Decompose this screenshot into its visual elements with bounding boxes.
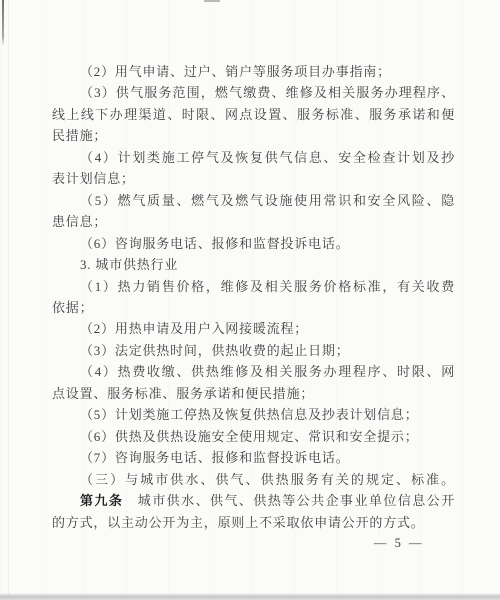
document-line: 依据；	[52, 297, 455, 318]
document-line: （3）法定供热时间，供热收费的起止日期；	[52, 340, 455, 361]
line-text: 民措施；	[52, 128, 107, 143]
document-line: 线上线下办理渠道、时限、网点设置、服务标准、服务承诺和便	[52, 104, 455, 125]
document-line: （三）与城市供水、供气、供热服务有关的规定、标准。	[52, 469, 455, 490]
line-text: 表计划信息；	[52, 171, 135, 186]
line-text: （2）用热申请及用户入网接暖流程；	[80, 321, 308, 336]
line-text: 依据；	[52, 300, 93, 315]
document-line: （1）热力销售价格，维修及相关服务价格标准，有关收费	[52, 276, 455, 297]
article-heading: 第九条	[80, 493, 123, 508]
line-text: （1）热力销售价格，维修及相关服务价格标准，有关收费	[80, 279, 455, 294]
line-text: （3）供气服务范围，燃气缴费、维修及相关服务办理程序、	[80, 85, 455, 100]
line-text: （6）咨询服务电话、报修和监督投诉电话。	[80, 236, 350, 251]
document-line: 的方式，以主动公开为主，原则上不采取依申请公开的方式。	[52, 512, 455, 533]
line-text: （7）咨询服务电话、报修和监督投诉电话。	[80, 450, 350, 465]
document-line: （5）燃气质量、燃气及燃气设施使用常识和安全风险、隐	[52, 190, 455, 211]
document-body: （2）用气申请、过户、销户等服务项目办事指南；（3）供气服务范围，燃气缴费、维修…	[52, 61, 455, 533]
document-line: 患信息；	[52, 211, 455, 232]
line-text: （4）热费收缴、供热维修及相关服务办理程序、时限、网	[80, 364, 455, 379]
line-text: （4）计划类施工停气及恢复供气信息、安全检查计划及抄	[80, 150, 455, 165]
document-line: 表计划信息；	[52, 168, 455, 189]
line-text: （6）供热及供热设施安全使用规定、常识和安全提示；	[80, 429, 419, 444]
page-number: — 5 —	[0, 536, 500, 551]
scan-edge-artifact-left	[2, 0, 4, 46]
document-line: （7）咨询服务电话、报修和监督投诉电话。	[52, 447, 455, 468]
line-text: （5）计划类施工停热及恢复供热信息及抄表计划信息；	[80, 407, 419, 422]
line-text: （2）用气申请、过户、销户等服务项目办事指南；	[80, 64, 391, 79]
line-text: （3）法定供热时间，供热收费的起止日期；	[80, 343, 350, 358]
line-text: 点设置、服务标准、服务承诺和便民措施；	[52, 386, 314, 401]
document-line: 第九条 城市供水、供气、供热等公共企事业单位信息公开	[52, 490, 455, 511]
document-line: （6）咨询服务电话、报修和监督投诉电话。	[52, 233, 455, 254]
document-line: （4）热费收缴、供热维修及相关服务办理程序、时限、网	[52, 361, 455, 382]
scan-faint-line-left	[8, 0, 9, 600]
document-page: （2）用气申请、过户、销户等服务项目办事指南；（3）供气服务范围，燃气缴费、维修…	[0, 0, 500, 600]
line-text: （三）与城市供水、供气、供热服务有关的规定、标准。	[80, 472, 455, 487]
line-text: 的方式，以主动公开为主，原则上不采取依申请公开的方式。	[52, 515, 425, 530]
line-text: 3. 城市供热行业	[80, 257, 178, 272]
line-text: 线上线下办理渠道、时限、网点设置、服务标准、服务承诺和便	[52, 107, 455, 122]
line-text: 患信息；	[52, 214, 107, 229]
document-line: 点设置、服务标准、服务承诺和便民措施；	[52, 383, 455, 404]
document-line: 民措施；	[52, 125, 455, 146]
scan-edge-artifact-top	[204, 0, 220, 2]
document-line: （4）计划类施工停气及恢复供气信息、安全检查计划及抄	[52, 147, 455, 168]
document-line: （2）用气申请、过户、销户等服务项目办事指南；	[52, 61, 455, 82]
document-line: （2）用热申请及用户入网接暖流程；	[52, 318, 455, 339]
scan-edge-artifact-bottom	[0, 593, 500, 600]
document-line: （5）计划类施工停热及恢复供热信息及抄表计划信息；	[52, 404, 455, 425]
line-text: 城市供水、供气、供热等公共企事业单位信息公开	[123, 493, 455, 508]
document-line: （6）供热及供热设施安全使用规定、常识和安全提示；	[52, 426, 455, 447]
line-text: （5）燃气质量、燃气及燃气设施使用常识和安全风险、隐	[80, 193, 455, 208]
document-line: （3）供气服务范围，燃气缴费、维修及相关服务办理程序、	[52, 82, 455, 103]
document-line: 3. 城市供热行业	[52, 254, 455, 275]
